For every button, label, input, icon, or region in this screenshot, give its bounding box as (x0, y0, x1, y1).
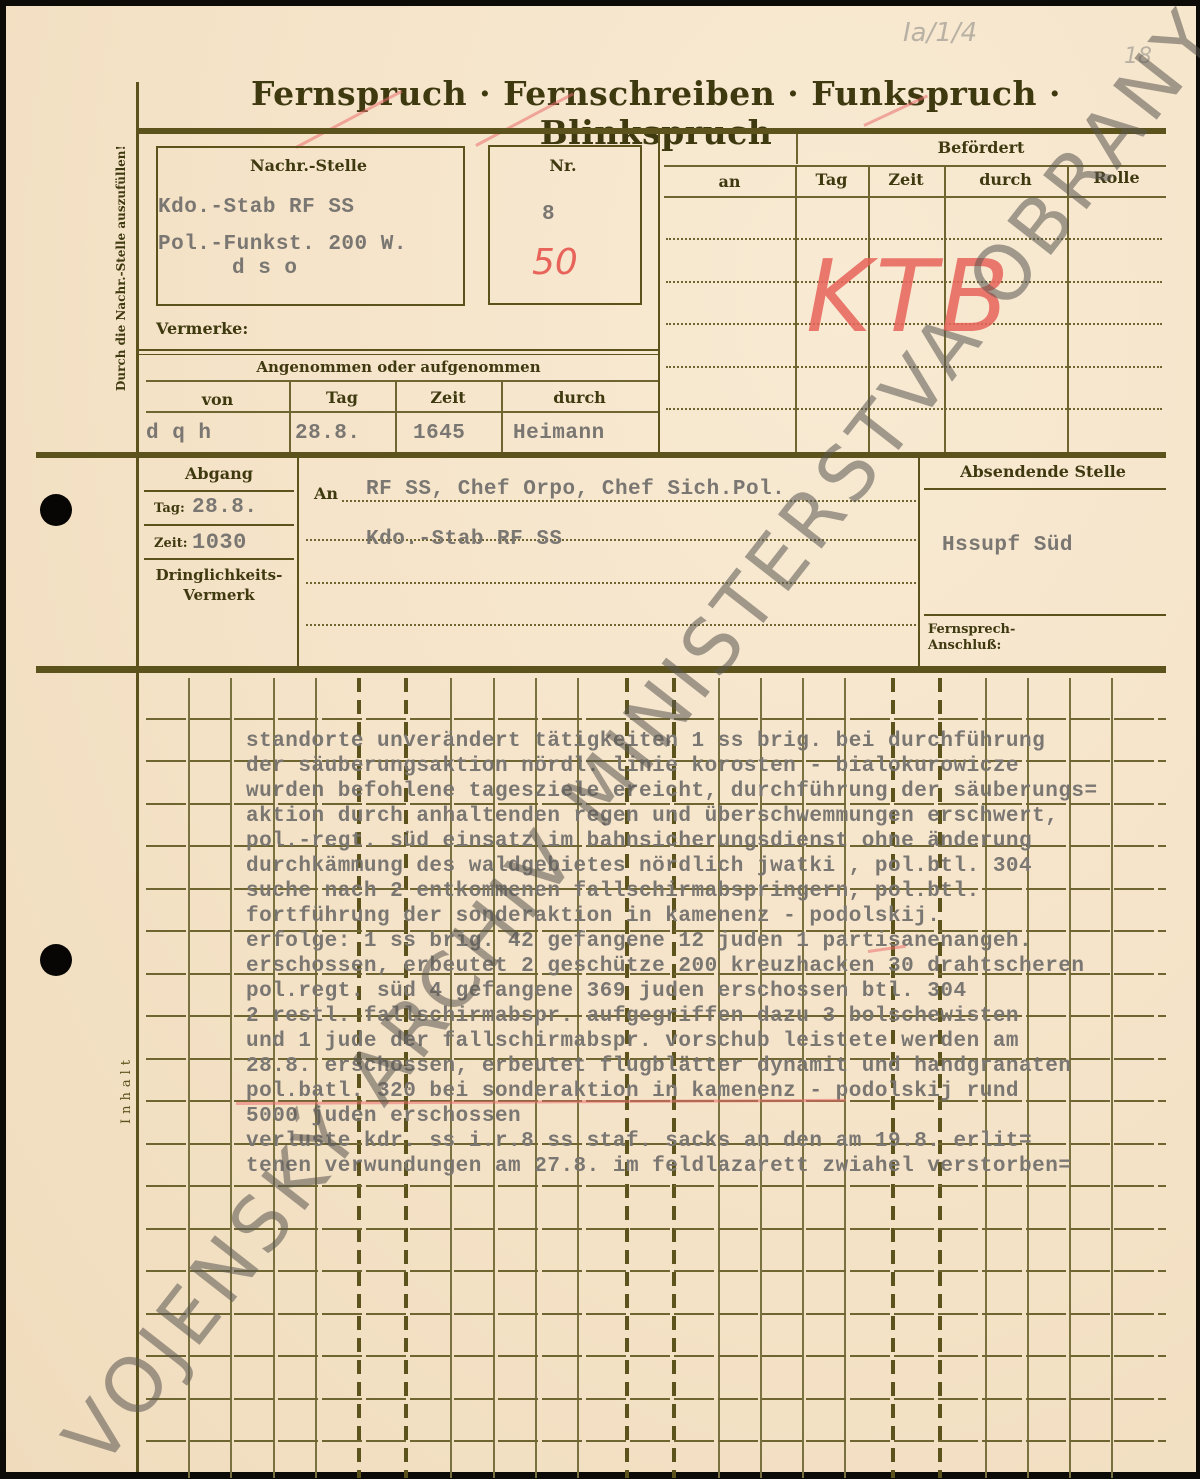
befoerdert-header-an: an (664, 172, 795, 191)
message-line: fortführung der sonderaktion in kamenenz… (246, 905, 940, 928)
top-thick-rule (136, 128, 1166, 134)
angenommen-value-zeit: 1645 (413, 422, 465, 445)
nachr-stelle-line-2: Pol.-Funkst. 200 W. (158, 233, 407, 256)
message-line: tenen verwundungen am 27.8. im feldlazar… (246, 1155, 1071, 1178)
adressat-an-label: An (314, 484, 338, 503)
angenommen-top-rule (139, 349, 658, 351)
abgang-tag-label: Tag: (154, 501, 185, 516)
angenommen-value-tag: 28.8. (295, 422, 361, 445)
page-number-pencil: 18 (1124, 44, 1152, 69)
fernsprech-label-2: Anschluß: (928, 638, 1001, 653)
abgang-tag-value: 28.8. (192, 496, 258, 519)
abgang-zeit-rule (144, 558, 294, 560)
archive-reference-pencil: Ia/1/4 (903, 18, 977, 48)
side-instruction: Durch die Nachr.-Stelle auszufüllen! (114, 145, 128, 391)
adressat-line-2: Kdo.-Stab RF SS (366, 528, 563, 551)
adressat-line-1: RF SS, Chef Orpo, Chef Sich.Pol. (366, 478, 785, 501)
punch-hole-bottom (40, 944, 72, 976)
message-line: pol.-regt. süd einsatz im bahnsicherungs… (246, 830, 1032, 853)
abgang-title: Abgang (139, 464, 299, 483)
befoerdert-header-tag: Tag (795, 170, 868, 189)
message-line: erschossen, erbeutet 2 geschütze 200 kre… (246, 955, 1085, 978)
befoerdert-dotted-row-5 (666, 408, 1162, 410)
nachr-stelle-label: Nachr.-Stelle (156, 156, 461, 175)
nachr-stelle-line-1: Kdo.-Stab RF SS (158, 196, 355, 219)
dringlichkeit-label-2: Vermerk (139, 586, 299, 604)
nummer-red-handwritten: 50 (532, 242, 578, 283)
absender-left-border (918, 458, 920, 666)
absender-value: Hssupf Süd (942, 534, 1073, 557)
befoerdert-left-border (658, 134, 660, 452)
abgang-tag-rule (144, 524, 294, 526)
adressat-dotted-line-4 (306, 624, 916, 626)
befoerdert-dotted-row-4 (666, 366, 1162, 368)
befoerdert-header-durch: durch (944, 170, 1067, 189)
angenommen-values-rule (146, 411, 658, 413)
message-line: 5000 juden erschossen (246, 1105, 521, 1128)
abgang-zeit-value: 1030 (192, 530, 247, 555)
abgang-top-thick-rule (36, 452, 1166, 458)
befoerdert-header-zeit: Zeit (868, 170, 944, 189)
abgang-zeit-label: Zeit: (154, 536, 188, 551)
vermerke-label: Vermerke: (156, 319, 248, 338)
message-line: und 1 jude der fallschirmabspr. vorschub… (246, 1030, 1019, 1053)
nachr-stelle-line-3: d s o (232, 257, 298, 280)
body-top-thick-rule (36, 666, 1166, 673)
angenommen-header-zeit: Zeit (395, 388, 501, 407)
message-line: verluste kdr. ss i.r.8 ss staf. sacks an… (246, 1130, 1032, 1153)
befoerdert-header-rule (664, 196, 1166, 198)
dringlichkeit-label-1: Dringlichkeits- (139, 566, 299, 584)
message-line: suche nach 2 entkommenen fallschirmabspr… (246, 880, 980, 903)
angenommen-value-durch: Heimann (513, 422, 605, 445)
message-line: aktion durch anhaltenden regen und übers… (246, 805, 1058, 828)
abgang-title-rule (144, 490, 294, 492)
message-line: der säuberungsaktion nördl. linie korost… (246, 755, 1019, 778)
telegram-form-page: Ia/1/4 18 Fernspruch · Fernschreiben · F… (6, 6, 1196, 1472)
absender-title: Absendende Stelle (920, 462, 1166, 481)
absender-fernsprech-rule (924, 614, 1166, 616)
inhalt-side-label: Inhalt (119, 1055, 134, 1124)
message-line: standorte unverändert tätigkeiten 1 ss b… (246, 730, 1045, 753)
message-line: pol.regt. süd 4 gefangene 369 juden ersc… (246, 980, 967, 1003)
message-line: 28.8. erschossen, erbeutet flugblätter d… (246, 1055, 1071, 1078)
angenommen-header-tag: Tag (289, 388, 395, 407)
befoerdert-header-rolle: Rolle (1067, 168, 1166, 187)
adressat-dotted-line-3 (306, 582, 916, 584)
angenommen-top-rule-2 (139, 354, 658, 355)
nummer-typed-value: 8 (542, 203, 555, 226)
fernsprech-label-1: Fernsprech- (928, 622, 1015, 637)
message-line: erfolge: 1 ss brig. 42 gefangene 12 jude… (246, 930, 1032, 953)
absender-title-rule (924, 488, 1166, 490)
angenommen-header-rule (146, 380, 658, 382)
left-margin-rule (136, 82, 139, 1472)
message-line: durchkämmung des waldgebietes nördlich j… (246, 855, 1032, 878)
befoerdert-title: Befördert (796, 138, 1166, 157)
angenommen-header-durch: durch (501, 388, 658, 407)
message-line: 2 restl. fallschirmabspr. aufgegriffen d… (246, 1005, 1019, 1028)
angenommen-header-von: von (146, 390, 289, 409)
ktb-red-handwritten-mark: KTB (806, 238, 1013, 355)
angenommen-title: Angenommen oder aufgenommen (139, 358, 658, 376)
punch-hole-top (40, 494, 72, 526)
message-line: wurden befohlene tagesziele ereicht, dur… (246, 780, 1098, 803)
angenommen-value-von: d q h (146, 422, 212, 445)
nummer-label: Nr. (488, 156, 638, 175)
befoerdert-title-rule (664, 165, 1166, 167)
adressat-left-border (297, 458, 299, 666)
